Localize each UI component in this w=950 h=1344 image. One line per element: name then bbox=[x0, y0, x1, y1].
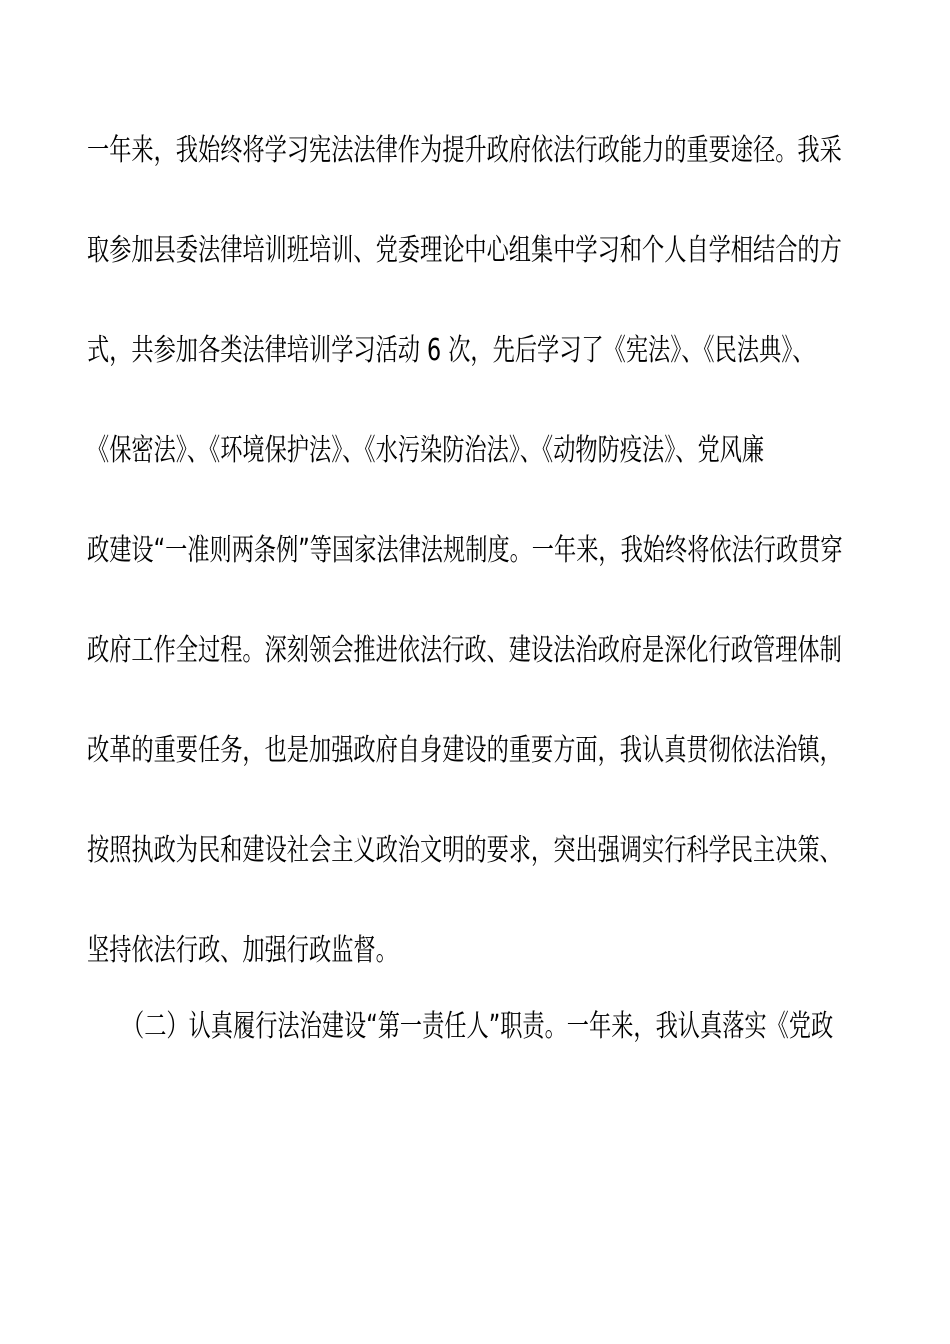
text-line: 政府工作全过程。深刻领会推进依法行政、建设法治政府是深化行政管理体制 bbox=[87, 634, 842, 668]
text-line: 取参加县委法律培训班培训、党委理论中心组集中学习和个人自学相结合的方 bbox=[87, 234, 842, 268]
text-line: 坚持依法行政、加强行政监督。 bbox=[87, 934, 398, 968]
text-line paragraph-first-line: （二）认真履行法治建设“第一责任人”职责。一年来，我认真落实《党政 bbox=[122, 1010, 833, 1044]
text-line: 一年来，我始终将学习宪法法律作为提升政府依法行政能力的重要途径。我采 bbox=[87, 134, 842, 168]
text-line: 按照执政为民和建设社会主义政治文明的要求，突出强调实行科学民主决策、 bbox=[87, 834, 842, 868]
text-line: 式，共参加各类法律培训学习活动 6 次，先后学习了《宪法》、《民法典》、 bbox=[87, 334, 815, 368]
text-line: 改革的重要任务，也是加强政府自身建设的重要方面，我认真贯彻依法治镇， bbox=[87, 734, 842, 768]
document-page: 一年来，我始终将学习宪法法律作为提升政府依法行政能力的重要途径。我采 取参加县委… bbox=[0, 0, 950, 1344]
text-line: 《保密法》、《环境保护法》、《水污染防治法》、《动物防疫法》、党风廉 bbox=[87, 434, 764, 468]
text-line: 政建设“一准则两条例”等国家法律法规制度。一年来，我始终将依法行政贯穿 bbox=[87, 534, 843, 568]
